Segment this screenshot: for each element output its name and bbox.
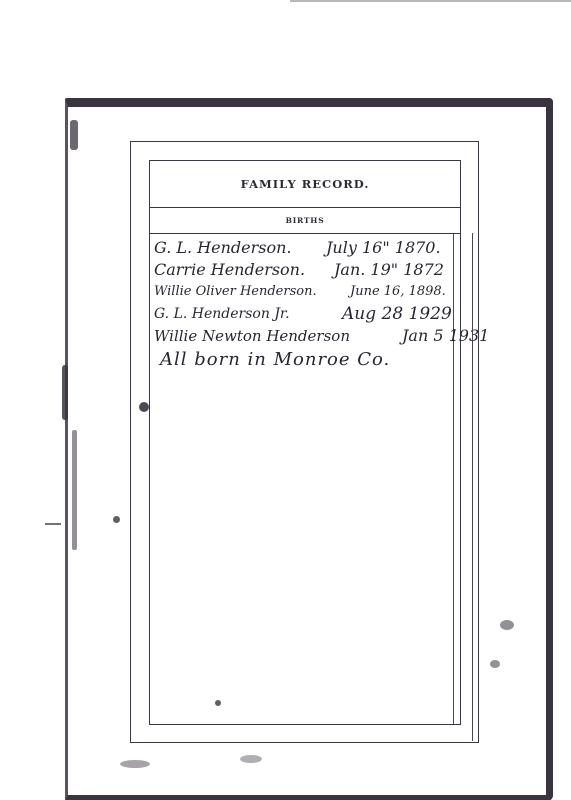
entry-date: June 16, 1898.	[350, 281, 446, 303]
record-form: FAMILY RECORD. BIRTHS G. L. Henderson. J…	[149, 160, 461, 725]
entry-name: G. L. Henderson Jr.	[154, 303, 290, 325]
births-list: G. L. Henderson. July 16" 1870. Carrie H…	[154, 237, 534, 347]
list-item: G. L. Henderson. July 16" 1870.	[154, 237, 534, 259]
ink-speck	[240, 755, 262, 763]
page-title: FAMILY RECORD.	[150, 161, 460, 208]
ink-speck	[45, 523, 61, 525]
entry-date: Aug 28 1929	[342, 303, 452, 325]
entry-date: Jan 5 1931	[402, 325, 489, 347]
list-item: Willie Oliver Henderson. June 16, 1898.	[154, 281, 534, 303]
ink-speck	[62, 365, 68, 420]
list-item: Carrie Henderson. Jan. 19" 1872	[154, 259, 534, 281]
ink-speck	[120, 760, 150, 768]
ink-speck	[70, 120, 78, 150]
section-heading: BIRTHS	[150, 208, 460, 234]
entry-name: Willie Newton Henderson	[154, 325, 350, 347]
entry-name: Carrie Henderson.	[154, 259, 305, 281]
ink-speck	[72, 430, 77, 550]
scan-edge-line	[290, 0, 571, 2]
list-item: G. L. Henderson Jr. Aug 28 1929	[154, 303, 534, 325]
column-divider	[472, 233, 473, 741]
entry-date: Jan. 19" 1872	[334, 259, 444, 281]
list-item: Willie Newton Henderson Jan 5 1931	[154, 325, 534, 347]
entry-date: July 16" 1870.	[326, 237, 441, 259]
ink-speck	[490, 660, 500, 668]
ink-speck	[500, 620, 514, 630]
ink-speck	[113, 516, 120, 523]
entry-name: Willie Oliver Henderson.	[154, 281, 317, 303]
entry-name: G. L. Henderson.	[154, 237, 292, 259]
birthplace-note: All born in Monroe Co.	[160, 349, 390, 370]
